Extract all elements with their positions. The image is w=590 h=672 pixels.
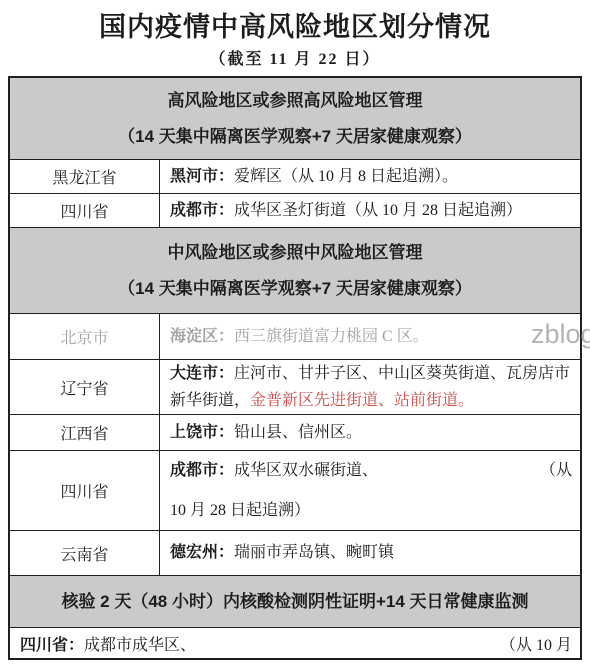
table-row-heilongjiang: 黑龙江省 黑河市：爱辉区（从 10 月 8 日起追溯）。 [10,160,580,194]
detail-text-right: （从 [540,451,572,491]
city-label: 德宏州： [170,544,234,561]
area-detail: 黑河市：爱辉区（从 10 月 8 日起追溯）。 [170,164,572,190]
city-label: 黑河市： [170,168,234,185]
area-detail: 大连市：庄河市、甘井子区、中山区葵英街道、瓦房店市新华街道，金普新区先进街道、站… [170,360,572,414]
province-cell: 黑龙江省 [10,160,160,193]
table-row-sichuan-verify: 四川省：成都市成华区、 （从 10 月 [10,628,580,658]
detail-text-right: （从 10 月 [500,632,572,655]
province-cell: 北京市 [10,314,160,359]
province-cell: 江西省 [10,415,160,450]
area-detail-line1: 成都市：成华区双水碾街道、 （从 [170,451,572,491]
table-row-liaoning: 辽宁省 大连市：庄河市、甘井子区、中山区葵英街道、瓦房店市新华街道，金普新区先进… [10,360,580,415]
medium-risk-section-header: 中风险地区或参照中风险地区管理 （14 天集中隔离医学观察+7 天居家健康观察） [10,228,580,314]
high-risk-header-line1: 高风险地区或参照高风险地区管理 [168,83,423,119]
detail-text-highlighted: 金普新区先进街道、站前街道。 [250,392,474,409]
detail-text: 成华区双水碾街道、 [234,462,378,479]
province-cell: 四川省 [10,451,160,530]
area-detail: 成都市：成华区圣灯街道（从 10 月 28 日起追溯） [170,198,572,224]
document-page: 国内疫情中高风险地区划分情况 （截至 11 月 22 日） 高风险地区或参照高风… [0,0,590,672]
detail-text: 铅山县、信州区。 [234,424,362,441]
high-risk-header-line2: （14 天集中隔离医学观察+7 天居家健康观察） [118,119,472,155]
page-title: 国内疫情中高风险地区划分情况 [0,7,590,47]
detail-text: 成华区圣灯街道（从 10 月 28 日起追溯） [234,202,522,219]
detail-text: 瑞丽市弄岛镇、畹町镇 [234,544,394,561]
detail-text: 成都市成华区、 [84,637,196,654]
verify-section-header: 核验 2 天（48 小时）内核酸检测阴性证明+14 天日常健康监测 [10,576,580,628]
high-risk-section-header: 高风险地区或参照高风险地区管理 （14 天集中隔离医学观察+7 天居家健康观察） [10,78,580,160]
area-detail: 海淀区：西三旗街道富力桃园 C 区。 [170,324,572,350]
table-row-jiangxi: 江西省 上饶市：铅山县、信州区。 [10,415,580,451]
detail-text: 西三旗街道富力桃园 C 区。 [234,328,429,345]
area-detail: 上饶市：铅山县、信州区。 [170,420,572,446]
province-cell: 云南省 [10,531,160,575]
city-label: 成都市： [170,202,234,219]
city-label: 成都市： [170,462,234,479]
table-row-sichuan-medium: 四川省 成都市：成华区双水碾街道、 （从 10 月 28 日起追溯） [10,451,580,531]
verify-header-line: 核验 2 天（48 小时）内核酸检测阴性证明+14 天日常健康监测 [61,584,528,620]
city-label: 大连市： [170,365,234,382]
medium-risk-header-line2: （14 天集中隔离医学观察+7 天居家健康观察） [118,271,472,307]
table-row-beijing: 北京市 海淀区：西三旗街道富力桃园 C 区。 [10,314,580,360]
table-row-sichuan-high: 四川省 成都市：成华区圣灯街道（从 10 月 28 日起追溯） [10,194,580,228]
city-label: 上饶市： [170,424,234,441]
table-row-yunnan: 云南省 德宏州：瑞丽市弄岛镇、畹町镇 [10,531,580,576]
area-detail: 德宏州：瑞丽市弄岛镇、畹町镇 [170,540,572,566]
province-cell: 辽宁省 [10,360,160,414]
watermark-text: zblog [531,319,590,349]
date-note: （截至 11 月 22 日） [0,47,590,72]
area-detail-line2: 10 月 28 日起追溯） [170,491,572,531]
detail-text: 爱辉区（从 10 月 8 日起追溯）。 [234,168,458,185]
medium-risk-header-line1: 中风险地区或参照中风险地区管理 [168,235,423,271]
province-label: 四川省： [20,637,84,654]
city-label: 海淀区： [170,328,234,345]
risk-area-table: 高风险地区或参照高风险地区管理 （14 天集中隔离医学观察+7 天居家健康观察）… [8,76,582,660]
province-cell: 四川省 [10,194,160,227]
